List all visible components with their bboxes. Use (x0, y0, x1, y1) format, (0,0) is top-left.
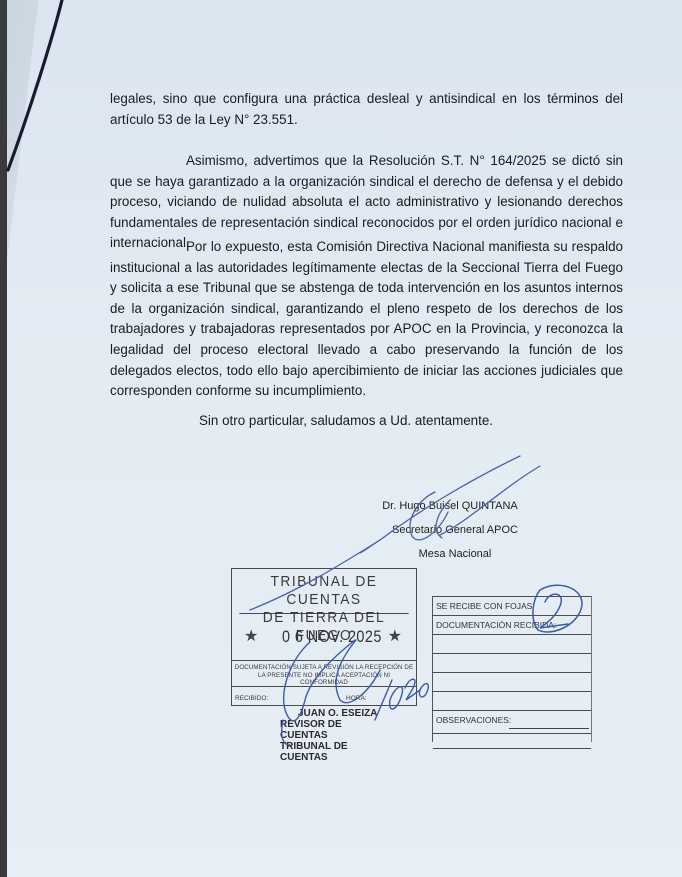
paragraph-text: Por lo expuesto, esta Comisión Directiva… (110, 237, 623, 402)
time-label: HORA: (346, 695, 367, 702)
blank-line (433, 734, 591, 749)
closing-line: Sin otro particular, saludamos a Ud. ate… (199, 411, 493, 432)
paragraph-text: legales, sino que configura una práctica… (110, 89, 623, 130)
star-icon: ★ (388, 626, 402, 646)
paragraph-por-lo-expuesto: Por lo expuesto, esta Comisión Directiva… (110, 237, 623, 402)
observations-row: OBSERVACIONES: (433, 711, 591, 734)
reviewer-stamp: JUAN O. ESEIZA REVISOR DE CUENTAS TRIBUN… (280, 708, 390, 763)
observations-line (509, 728, 589, 729)
received-label: RECIBIDO: (235, 695, 268, 702)
stamp-notice: DOCUMENTACIÓN SUJETA A REVISIÓN LA RECEP… (232, 661, 416, 687)
stamp-date-row: ★ 0 6 NOV. 2025 ★ (232, 614, 416, 661)
fojas-row: SE RECIBE CON FOJAS (433, 596, 591, 616)
blank-line (433, 635, 591, 654)
stamp-date: 0 6 NOV. 2025 (282, 627, 382, 647)
signer-title: Secretario General APOC (370, 518, 540, 542)
fojas-label: SE RECIBE CON FOJAS (436, 601, 532, 611)
blank-line (433, 654, 591, 673)
blank-line (433, 673, 591, 692)
page-edge-line (0, 0, 120, 200)
observations-label: OBSERVACIONES: (436, 715, 511, 725)
blank-line (433, 692, 591, 711)
stamp-line-1: TRIBUNAL DE CUENTAS (239, 573, 408, 609)
signer-unit: Mesa Nacional (370, 542, 540, 566)
tribunal-reception-stamp: TRIBUNAL DE CUENTAS DE TIERRA DEL FUEGO … (231, 568, 417, 706)
star-icon: ★ (244, 626, 258, 646)
reviewer-name: JUAN O. ESEIZA (280, 708, 390, 719)
signer-name: Dr. Hugo Buisel QUINTANA (360, 494, 540, 518)
reviewer-org: TRIBUNAL DE CUENTAS (280, 741, 390, 763)
signature-block: Dr. Hugo Buisel QUINTANA Secretario Gene… (370, 494, 540, 566)
doc-received-label: DOCUMENTACIÓN RECIBIDA: (436, 620, 556, 630)
reception-form-stamp: SE RECIBE CON FOJAS DOCUMENTACIÓN RECIBI… (432, 596, 592, 742)
reviewer-role: REVISOR DE CUENTAS (280, 719, 390, 741)
doc-received-row: DOCUMENTACIÓN RECIBIDA: (433, 616, 591, 635)
paragraph-continuation: legales, sino que configura una práctica… (110, 89, 623, 130)
stamp-header: TRIBUNAL DE CUENTAS DE TIERRA DEL FUEGO (239, 569, 408, 614)
